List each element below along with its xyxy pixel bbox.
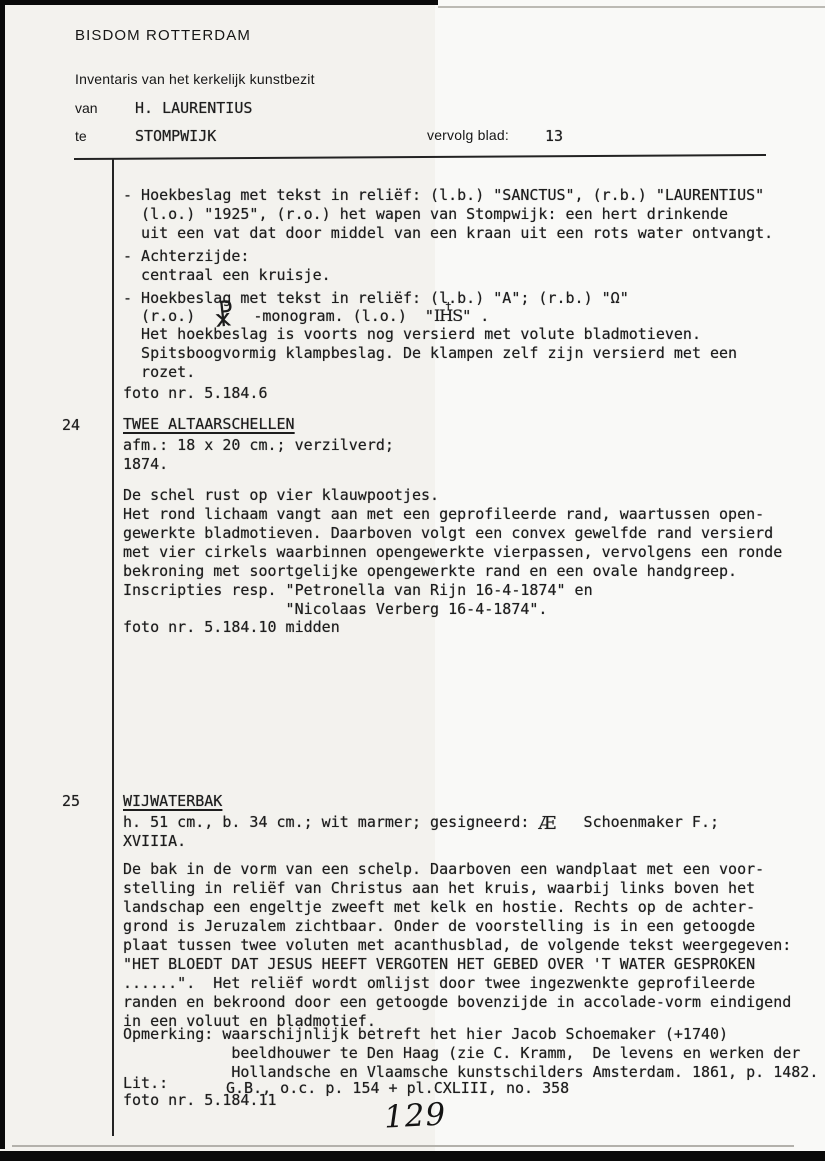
ihs-monogram: †IHS: [434, 306, 462, 326]
lit-reference: G.B., o.c. p. 154 + pl.CXLIII, no. 358: [226, 1079, 569, 1098]
chi-rho-monogram-symbol: ☧: [212, 306, 236, 327]
ihs-cross-mark: †: [445, 297, 452, 316]
continuation-bullet-3-symbol-line: (r.o.) ☧ -monogram. (l.o.) "†IHS" .: [123, 306, 489, 326]
org-title: BISDOM ROTTERDAM: [75, 27, 251, 44]
field-van-label: van: [75, 100, 98, 116]
scan-edge-top: [0, 0, 438, 5]
continuation-bullet-3-rest: Het hoekbeslag is voorts nog versierd me…: [123, 325, 737, 382]
field-te-label: te: [75, 128, 87, 144]
margin-divider-line: [112, 159, 114, 1136]
item-25-description: De bak in de vorm van een schelp. Daarbo…: [123, 860, 791, 1031]
scan-paper-edge-top: [438, 6, 825, 8]
document-page: BISDOM ROTTERDAM Inventaris van het kerk…: [0, 0, 825, 1161]
item-24-number: 24: [62, 416, 80, 435]
field-te-value: STOMPWIJK: [135, 127, 216, 146]
item-25-title: WIJWATERBAK: [123, 792, 222, 811]
photo-ref-2: foto nr. 5.184.10 midden: [123, 618, 340, 637]
continuation-bullet-1: - Hoekbeslag met tekst in reliëf: (l.b.)…: [123, 186, 773, 243]
continuation-bullet-2: - Achterzijde: centraal een kruisje.: [123, 247, 331, 285]
symbol-line-pre: (r.o.): [123, 307, 213, 325]
vervolg-blad-label: vervolg blad:: [427, 127, 509, 143]
handwritten-page-number: 129: [383, 1096, 447, 1135]
scan-edge-bottom: [0, 1151, 825, 1161]
scan-edge-left: [0, 0, 5, 1149]
item-24-details: afm.: 18 x 20 cm.; verzilverd; 1874.: [123, 436, 394, 474]
symbol-line-post: " .: [462, 307, 489, 325]
form-title: Inventaris van het kerkelijk kunstbezit: [75, 71, 315, 87]
vervolg-blad-value: 13: [545, 127, 563, 146]
scan-paper-edge-bottom: [12, 1145, 794, 1147]
item-25-number: 25: [62, 792, 80, 811]
item-25-remark: Opmerking: waarschijnlijk betreft het hi…: [123, 1025, 818, 1082]
field-van-value: H. LAURENTIUS: [135, 99, 252, 118]
item-24-title: TWEE ALTAARSCHELLEN: [123, 415, 295, 434]
item-25-details-line1: h. 51 cm., b. 34 cm.; wit marmer; gesign…: [123, 813, 719, 833]
item-24-description: De schel rust op vier klauwpootjes. Het …: [123, 486, 782, 619]
photo-ref-3: foto nr. 5.184.11: [123, 1091, 277, 1110]
details-pre: h. 51 cm., b. 34 cm.; wit marmer; gesign…: [123, 813, 538, 831]
details-post: Schoenmaker F.;: [556, 813, 719, 831]
item-25-details-line2: XVIIIA.: [123, 832, 186, 851]
signature-monogram: Æ: [538, 813, 556, 834]
symbol-line-mid: -monogram. (l.o.) ": [235, 307, 434, 325]
photo-ref-1: foto nr. 5.184.6: [123, 384, 268, 403]
